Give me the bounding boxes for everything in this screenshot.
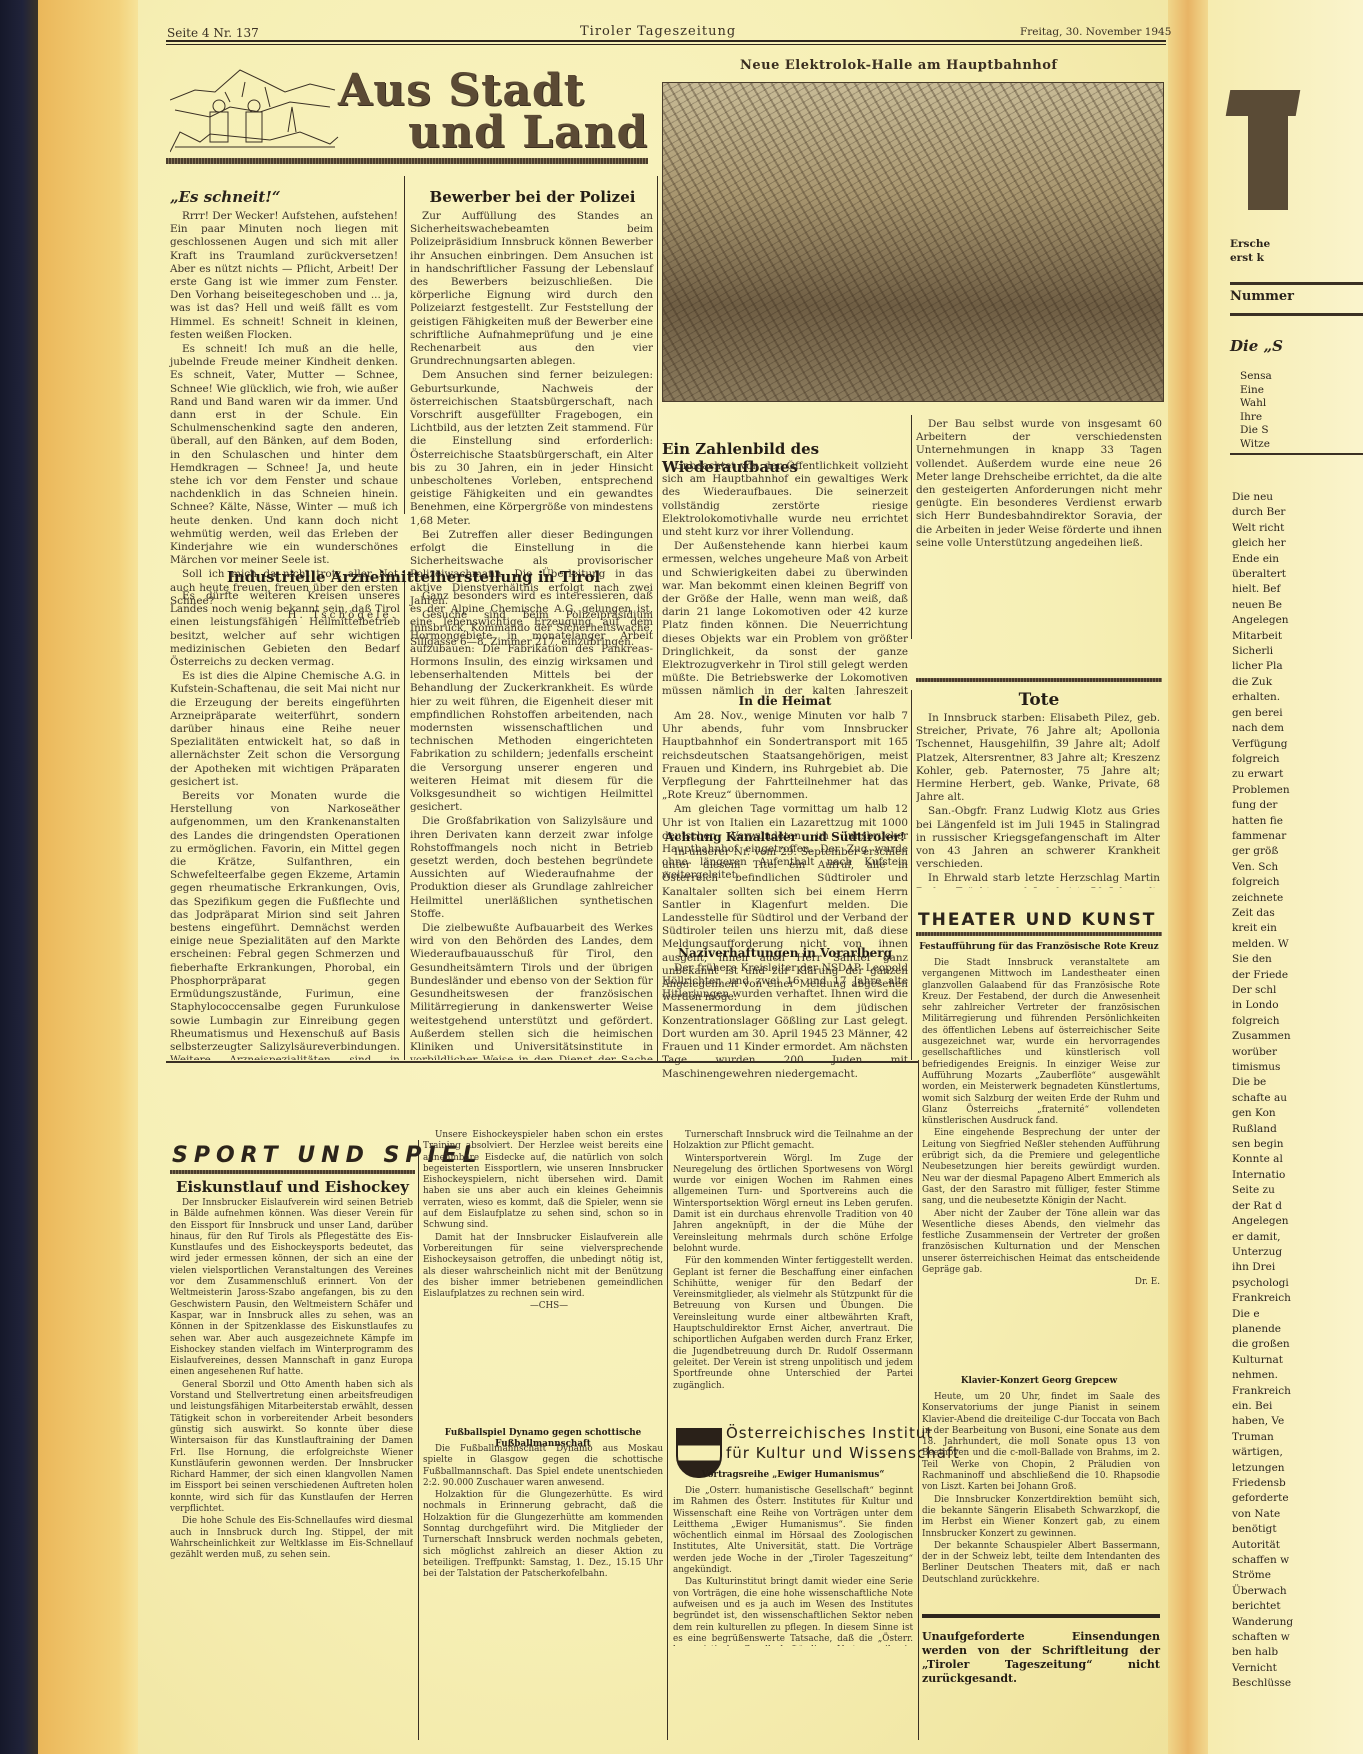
facing-text-line: zeichnete	[1232, 891, 1293, 906]
facing-text-line: Mitarbeit	[1232, 629, 1293, 644]
facing-text-line: hatten fie	[1232, 814, 1293, 829]
facing-text-line: Welt richt	[1232, 521, 1293, 536]
article-eiskunstlauf-col2: Unsere Eishockeyspieler haben schon ein …	[423, 1130, 663, 1420]
facing-text-line: der Friede	[1232, 968, 1293, 983]
facing-text-line: Wanderung	[1232, 1615, 1293, 1630]
facing-text-line: psychologi	[1232, 1276, 1293, 1291]
facing-list-item: Eine	[1240, 384, 1272, 398]
paragraph: Der frühere Kreisleiter der NSDAP. Leopo…	[662, 962, 908, 1081]
paragraph: Ganz besonders wird es interessieren, da…	[410, 590, 653, 814]
facing-list-item: Sensa	[1240, 370, 1272, 384]
facing-text-line: folgreich	[1232, 875, 1293, 890]
facing-list-item: Die S	[1240, 424, 1272, 438]
facing-text-line: Überwach	[1232, 1584, 1293, 1599]
facing-text-line: worüber	[1232, 1045, 1293, 1060]
facing-text-line: Ströme	[1232, 1568, 1293, 1583]
facing-text-line: letzungen	[1232, 1461, 1293, 1476]
book-gutter	[1168, 0, 1208, 1754]
paragraph: Unbeachtet von der Öffentlichkeit vollzi…	[662, 460, 908, 539]
facing-text-line: melden. W	[1232, 937, 1293, 952]
article-divider	[916, 678, 1162, 682]
paragraph: Unsere Eishockeyspieler haben schon ein …	[423, 1130, 663, 1232]
column-rule	[667, 1140, 668, 1740]
facing-text-line: Frankreich	[1232, 1384, 1293, 1399]
paragraph: Eine eingehende Besprechung der unter de…	[922, 1128, 1160, 1207]
paragraph: Aber nicht der Zauber der Töne allein wa…	[922, 1209, 1160, 1277]
facing-text-line: die großen	[1232, 1337, 1293, 1352]
paragraph: Der Bau selbst wurde von insgesamt 60 Ar…	[916, 418, 1162, 550]
facing-list: SensaEineWahlIhreDie SWitze	[1240, 370, 1272, 452]
banner-rule	[166, 158, 648, 164]
article-zahlenbild-col1: Unbeachtet von der Öffentlichkeit vollzi…	[662, 460, 908, 695]
facing-text-line: Die neu	[1232, 490, 1293, 505]
paragraph: San.-Obgfr. Franz Ludwig Klotz aus Gries…	[916, 805, 1160, 871]
article-fussball: Die Fußballmannschaft Dynamo aus Moskau …	[423, 1444, 663, 1744]
facing-text-line: überaltert	[1232, 567, 1293, 582]
paragraph: General Sborzil und Otto Amenth haben si…	[170, 1380, 413, 1516]
article-title-arzneimittel: Industrielle Arzneimittelherstellung in …	[170, 568, 657, 586]
facing-text-line: ein. Bei	[1232, 1399, 1293, 1414]
article-verhaftungen: Der frühere Kreisleiter der NSDAP. Leopo…	[662, 962, 908, 1082]
paragraph: Die Stadt Innsbruck veranstaltete am ver…	[922, 958, 1160, 1127]
paragraph: Für den kommenden Winter fertiggestellt …	[673, 1256, 913, 1392]
facing-text-line: berichtet	[1232, 1599, 1293, 1614]
article-title-heimat: In die Heimat	[662, 694, 908, 708]
facing-text-line: Angelegen	[1232, 613, 1293, 628]
paragraph: Die Großfabrikation von Salizylsäure und…	[410, 815, 653, 921]
paragraph: Wintersportverein Wörgl. Im Zuge der Neu…	[673, 1154, 913, 1256]
facing-text-line: Kulturnat	[1232, 1353, 1293, 1368]
paragraph: Es ist dies die Alpine Chemische A.G. in…	[170, 670, 400, 789]
paragraph: Rrrr! Der Wecker! Aufstehen, aufstehen! …	[170, 210, 398, 342]
paragraph: Bereits vor Monaten wurde die Herstellun…	[170, 790, 400, 1060]
facing-text-line: Konnte al	[1232, 1152, 1293, 1167]
paragraph: Damit hat der Innsbrucker Eislaufverein …	[423, 1233, 663, 1301]
facing-text-line: gleich her	[1232, 536, 1293, 551]
facing-text-line: kreit ein	[1232, 921, 1293, 936]
facing-text-line: ihn Drei	[1232, 1260, 1293, 1275]
masthead-rule	[166, 40, 1166, 45]
notice-rule	[922, 1614, 1160, 1618]
photo-caption: Neue Elektrolok-Halle am Hauptbahnhof	[740, 58, 1058, 73]
facing-text-line: der Rat d	[1232, 1199, 1293, 1214]
article-signature: —CHS—	[423, 1301, 663, 1312]
column-rule	[911, 415, 912, 639]
facing-text-line: in Londo	[1232, 998, 1293, 1013]
paragraph: Heute, um 20 Uhr, findet im Saale des Ko…	[922, 1392, 1160, 1494]
facing-rule	[1230, 313, 1363, 316]
theater-subtitle-klavier: Klavier-Konzert Georg Grepcew	[916, 1376, 1162, 1387]
facing-text-line: Ven. Sch	[1232, 860, 1293, 875]
facing-text-line: haben, Ve	[1232, 1414, 1293, 1429]
paragraph: Der bekannte Schauspieler Albert Basserm…	[922, 1541, 1160, 1586]
paragraph: Holzaktion für die Glungezerhütte. Es wi…	[423, 1490, 663, 1580]
facing-text-line: Die e	[1232, 1307, 1293, 1322]
paragraph: Die „Österr. humanistische Gesellschaft“…	[673, 1486, 913, 1576]
column-rule	[418, 1140, 419, 1740]
section-rule	[916, 932, 1162, 936]
paragraph: Die zielbewußte Aufbauarbeit des Werkes …	[410, 922, 653, 1060]
article-zahlenbild-col2: Der Bau selbst wurde von insgesamt 60 Ar…	[916, 418, 1162, 678]
facing-text-line: Angelegen	[1232, 1214, 1293, 1229]
facing-text-line: hielt. Bef	[1232, 582, 1293, 597]
facing-text-line: nehmen.	[1232, 1368, 1293, 1383]
locomotive-hall-photo	[662, 82, 1164, 402]
paragraph: Zur Auffüllung des Standes an Sicherheit…	[410, 210, 653, 368]
facing-text-line: gen Kon	[1232, 1106, 1293, 1121]
section-rule	[170, 1170, 415, 1174]
article-arzneimittel-col2: Ganz besonders wird es interessieren, da…	[410, 590, 653, 1060]
facing-text-line: Internatio	[1232, 1168, 1293, 1183]
facing-text-line: Sicherli	[1232, 644, 1293, 659]
facing-text-line: sen begin	[1232, 1137, 1293, 1152]
facing-text-line: Autorität	[1232, 1538, 1293, 1553]
institute-title-line2: für Kultur und Wissenschaft	[726, 1444, 960, 1462]
section-title-line2: und Land	[408, 112, 648, 154]
article-institut: Die „Österr. humanistische Gesellschaft“…	[673, 1486, 913, 1646]
facing-text-line: folgreich	[1232, 752, 1293, 767]
facing-text-line: Truman	[1232, 1430, 1293, 1445]
facing-text-line: Rußland	[1232, 1122, 1293, 1137]
facing-text-line: planende	[1232, 1322, 1293, 1337]
facing-text-line: Zusammen	[1232, 1029, 1293, 1044]
facing-text-line: Sie den	[1232, 952, 1293, 967]
article-festauffuehrung: Die Stadt Innsbruck veranstaltete am ver…	[922, 958, 1160, 1368]
column-rule	[404, 570, 405, 1060]
facing-text-line: Beschlüsse	[1232, 1676, 1293, 1691]
paragraph: Das Kulturinstitut bringt damit wieder e…	[673, 1577, 913, 1646]
facing-text-line: neuen Be	[1232, 598, 1293, 613]
paragraph: In Ehrwald starb letzte Herzschlag Marti…	[916, 872, 1160, 888]
facing-rule	[1230, 282, 1363, 285]
article-klavier-konzert: Heute, um 20 Uhr, findet im Saale des Ko…	[922, 1392, 1160, 1602]
facing-text-line: fammenar	[1232, 829, 1293, 844]
article-title-eiskunstlauf: Eiskunstlauf und Eishockey	[170, 1178, 415, 1196]
facing-die-heading: Die „S	[1230, 340, 1283, 354]
article-title-tote: Tote	[916, 690, 1162, 710]
book-binding-cover	[0, 0, 38, 1754]
column-rule	[404, 176, 405, 514]
paragraph: Die Fußballmannschaft Dynamo aus Moskau …	[423, 1444, 663, 1489]
facing-text-line: Zeit das	[1232, 906, 1293, 921]
article-title-es-schneit: „Es schneit!“	[170, 188, 281, 206]
article-eiskunstlauf-col1: Der Innsbrucker Eislaufverein wird seine…	[170, 1198, 413, 1743]
article-tote: In Innsbruck starben: Elisabeth Pilez, g…	[916, 712, 1160, 888]
facing-text-line: von Nate	[1232, 1507, 1293, 1522]
theater-subtitle-festauffuehrung: Festaufführung für das Französische Rote…	[916, 942, 1162, 953]
article-title-bewerber: Bewerber bei der Polizei	[410, 188, 655, 206]
paragraph: Dem Ansuchen sind ferner beizulegen: Geb…	[410, 369, 653, 527]
facing-text-line: schaffen w	[1232, 1553, 1293, 1568]
facing-list-item: Wahl	[1240, 397, 1272, 411]
facing-text-line: nach dem	[1232, 721, 1293, 736]
facing-text-line: Unterzug	[1232, 1245, 1293, 1260]
facing-text-line: folgreich	[1232, 1014, 1293, 1029]
facing-text-line: die Zuk	[1232, 675, 1293, 690]
facing-snippet-1: Ersche	[1230, 238, 1270, 252]
section-title-line1: Aus Stadt	[338, 70, 585, 112]
facing-text-line: Verfügung	[1232, 737, 1293, 752]
paragraph: Es dürfte weiteren Kreisen unseres Lande…	[170, 590, 400, 669]
section-title-theater: THEATER UND KUNST	[918, 910, 1156, 930]
column-rule	[911, 690, 912, 1060]
facing-text-line: Der schl	[1232, 983, 1293, 998]
facing-snippet-2: erst k	[1230, 252, 1264, 266]
paragraph: In Innsbruck starben: Elisabeth Pilez, g…	[916, 712, 1160, 804]
facing-text-line: wärtigen,	[1232, 1445, 1293, 1460]
column-rule	[657, 176, 658, 1061]
issue-date: Freitag, 30. November 1945	[1020, 26, 1171, 38]
facing-text-line: Die be	[1232, 1075, 1293, 1090]
facing-text-line: Frankreich	[1232, 1291, 1293, 1306]
facing-text-line: ger größ	[1232, 844, 1293, 859]
facing-text-line: schaften w	[1232, 1630, 1293, 1645]
facing-text-line: erhalten.	[1232, 690, 1293, 705]
facing-text-line: geforderte	[1232, 1491, 1293, 1506]
facing-text-line: schafte au	[1232, 1091, 1293, 1106]
innsbruck-skyline-illustration	[170, 62, 340, 154]
facing-nummer: Nummer	[1230, 290, 1294, 304]
page-section-rule	[166, 1061, 918, 1063]
paragraph: Es schneit! Ich muß an die helle, jubeln…	[170, 343, 398, 567]
facing-page-masthead-letter	[1228, 90, 1363, 210]
facing-text-line: licher Pla	[1232, 659, 1293, 674]
article-wintersport-woergl: Turnerschaft Innsbruck wird die Teilnahm…	[673, 1130, 913, 1410]
unsolicited-submissions-notice: Unaufgeforderte Einsendungen werden von …	[922, 1630, 1160, 1686]
facing-rule	[1230, 453, 1363, 455]
institute-subtitle: Vortragsreihe „Ewiger Humanismus“	[673, 1470, 913, 1481]
page-number: Seite 4 Nr. 137	[167, 26, 259, 40]
facing-text-line: fung der	[1232, 798, 1293, 813]
facing-text-line: timismus	[1232, 1060, 1293, 1075]
page-edge-stack	[38, 0, 138, 1754]
column-rule	[918, 1060, 919, 1740]
facing-text-line: Vernicht	[1232, 1661, 1293, 1676]
article-arzneimittel-col1: Es dürfte weiteren Kreisen unseres Lande…	[170, 590, 400, 1060]
paragraph: Am 28. Nov., wenige Minuten vor halb 7 U…	[662, 710, 908, 802]
paragraph: Die Innsbrucker Konzertdirektion bemüht …	[922, 1495, 1160, 1540]
paragraph: Der Außenstehende kann hierbei kaum erme…	[662, 540, 908, 695]
facing-list-item: Witze	[1240, 438, 1272, 452]
facing-text-line: benötigt	[1232, 1522, 1293, 1537]
facing-text-line: Seite zu	[1232, 1183, 1293, 1198]
article-title-kanaltaler: Achtung Kanaltaler und Südtiroler!	[662, 830, 908, 844]
facing-text-line: durch Ber	[1232, 505, 1293, 520]
facing-column-text: Die neudurch BerWelt richtgleich herEnde…	[1232, 490, 1293, 1692]
facing-text-line: Friedensb	[1232, 1476, 1293, 1491]
facing-text-line: Ende ein	[1232, 552, 1293, 567]
article-es-schneit: Rrrr! Der Wecker! Aufstehen, aufstehen! …	[170, 210, 398, 623]
facing-text-line: zu erwart	[1232, 767, 1293, 782]
paragraph: Der Innsbrucker Eislaufverein wird seine…	[170, 1198, 413, 1379]
facing-text-line: gen berei	[1232, 706, 1293, 721]
institute-title-line1: Österreichisches Institut	[726, 1424, 933, 1442]
facing-text-line: ben halb	[1232, 1645, 1293, 1660]
article-title-verhaftungen: Naziverhaftungen in Vorarlberg	[662, 946, 908, 960]
paper-name: Tiroler Tageszeitung	[580, 24, 736, 39]
paragraph: Die hohe Schule des Eis-Schnellaufes wir…	[170, 1516, 413, 1561]
facing-list-item: Ihre	[1240, 411, 1272, 425]
facing-text-line: Problemen	[1232, 783, 1293, 798]
facing-text-line: er damit,	[1232, 1230, 1293, 1245]
paragraph: Turnerschaft Innsbruck wird die Teilnahm…	[673, 1130, 913, 1153]
article-signature: Dr. E.	[922, 1277, 1160, 1288]
